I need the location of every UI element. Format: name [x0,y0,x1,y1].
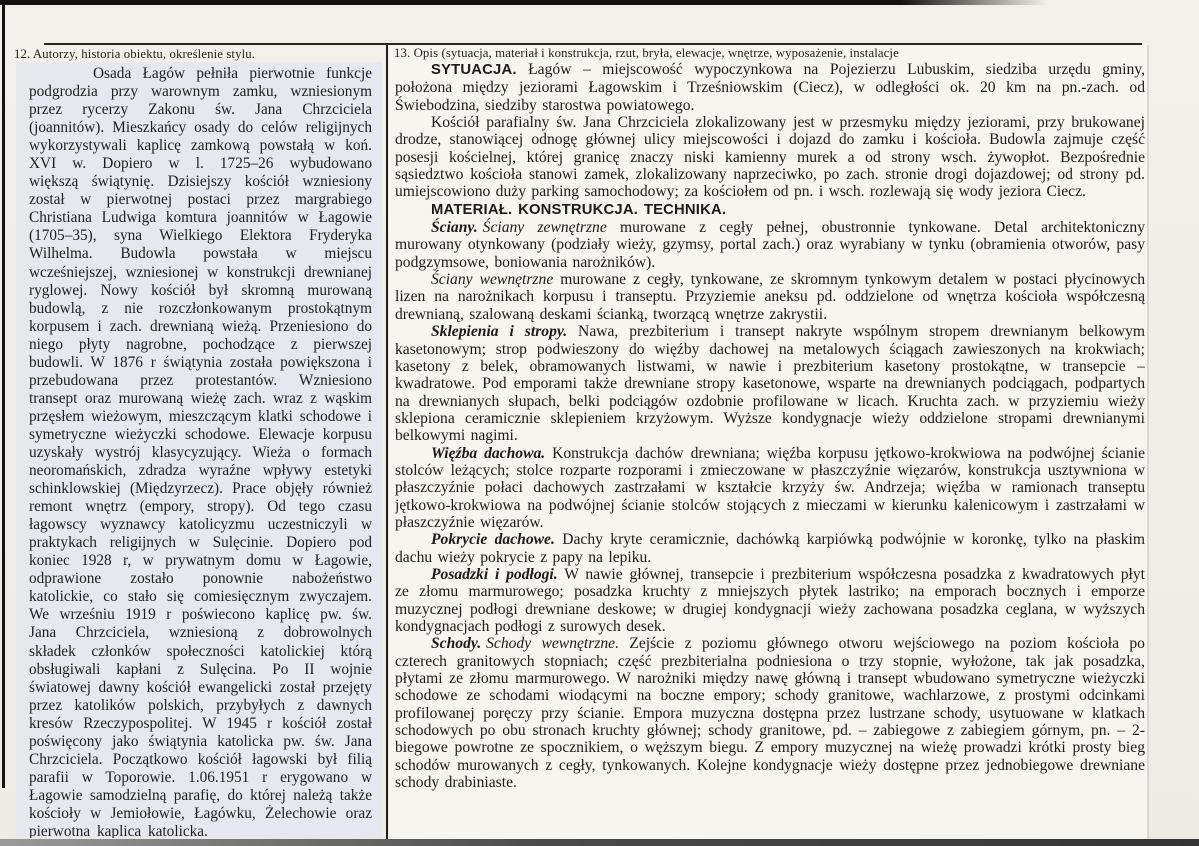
subheading-schody-wewnetrzne: Schody wewnętrzne. [486,635,619,652]
history-text-block: Osada Łagów pełniła pierwotnie funkcje p… [16,62,382,838]
paragraph-kosciol-lokalizacja: Kościół parafialny św. Jana Chrzciciela … [395,114,1145,201]
paragraph-sklepienia-i-stropy: Sklepienia i stropy. Nawa, prezbiterium … [395,323,1145,444]
scanned-document-page: 12. Autorzy, historia obiektu, określeni… [0,0,1199,846]
subheading-posadzki-i-podlogi: Posadzki i podłogi. [431,566,558,583]
scan-edge-left [2,0,5,788]
paragraph-posadzki-i-podlogi: Posadzki i podłogi. W nawie głównej, tra… [395,566,1145,635]
paragraph-pokrycie-dachowe: Pokrycie dachowe. Dachy kryte ceramiczni… [395,531,1145,566]
scan-edge-top [0,0,1048,5]
header-horizontal-rule [44,43,1142,45]
subheading-sciany-zewnetrzne: Ściany zewnętrzne [483,219,607,236]
field-header-12-authors-history-style: 12. Autorzy, historia obiektu, określeni… [14,47,255,62]
subheading-pokrycie-dachowe: Pokrycie dachowe. [431,531,555,548]
paragraph-schody: Schody.Schody wewnętrzne. Zejście z pozi… [395,635,1145,791]
column-divider-line [386,45,388,846]
field-header-13-description: 13. Opis (sytuacja, materiał i konstrukc… [394,46,899,61]
paragraph-text: Zejście z poziomu głównego otworu wejści… [395,635,1145,791]
subheading-schody: Schody. [431,635,481,652]
paragraph-sytuacja: SYTUACJA. Łagów – miejscowość wypoczynko… [395,61,1145,114]
scan-edge-bottom [0,839,1199,846]
paragraph-sciany-zewnetrzne: Ściany.Ściany zewnętrzne murowane z cegł… [395,219,1145,271]
subheading-sklepienia-i-stropy: Sklepienia i stropy. [431,323,567,340]
paragraph-text: Kościół parafialny św. Jana Chrzciciela … [395,114,1145,200]
heading-sytuacja: SYTUACJA. [431,62,517,78]
paragraph-material-konstrukcja-technika: MATERIAŁ. KONSTRUKCJA. TECHNIKA. [395,201,1145,219]
subheading-sciany: Ściany. [431,219,478,236]
heading-material-konstrukcja-technika: MATERIAŁ. KONSTRUKCJA. TECHNIKA. [431,202,726,218]
scan-edge-right [1147,45,1149,839]
paragraph-text: Nawa, prezbiterium i transept nakryte ws… [395,323,1145,444]
description-text-block: SYTUACJA. Łagów – miejscowość wypoczynko… [395,61,1145,839]
paragraph-wiezba-dachowa: Więźba dachowa. Konstrukcja dachów drewn… [395,445,1145,532]
history-paragraph: Osada Łagów pełniła pierwotnie funkcje p… [29,65,372,838]
subheading-sciany-wewnetrzne: Ściany wewnętrzne [431,271,553,288]
subheading-wiezba-dachowa: Więźba dachowa. [431,445,545,462]
paragraph-sciany-wewnetrzne: Ściany wewnętrzne murowane z cegły, tynk… [395,271,1145,323]
